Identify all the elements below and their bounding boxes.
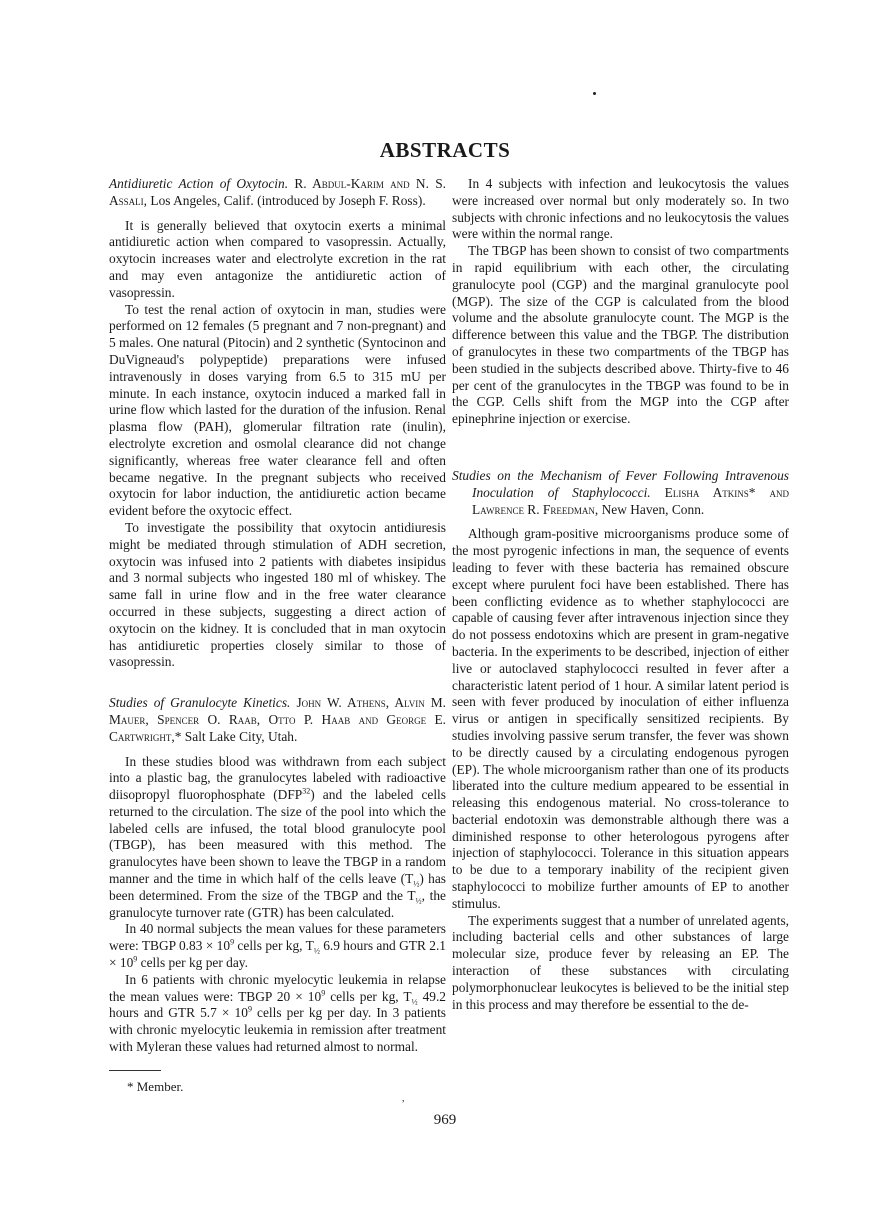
footnote: * Member.: [127, 1079, 183, 1095]
right-column: In 4 subjects with infection and leukocy…: [452, 176, 789, 1013]
abstract-2-paragraph: The TBGP has been shown to consist of tw…: [452, 243, 789, 428]
abstract-3-affiliation: New Haven, Conn.: [602, 502, 705, 517]
abstract-2-paragraph: In 40 normal subjects the mean values fo…: [109, 921, 446, 971]
abstract-2-title: Studies of Granulocyte Kinetics.: [109, 695, 290, 710]
footnote-divider: [109, 1070, 161, 1071]
abstract-2-paragraph: In these studies blood was withdrawn fro…: [109, 754, 446, 922]
abstract-2-paragraph: In 6 patients with chronic myelocytic le…: [109, 972, 446, 1056]
abstract-1-paragraph: To investigate the possibility that oxyt…: [109, 520, 446, 671]
abstract-2-heading: Studies of Granulocyte Kinetics. John W.…: [109, 695, 446, 745]
abstract-1-heading: Antidiuretic Action of Oxytocin. R. Abdu…: [109, 176, 446, 210]
page-number: 969: [0, 1112, 890, 1129]
abstract-1-affiliation: Los Angeles, Calif. (introduced by Josep…: [150, 193, 425, 208]
abstract-3-heading: Studies on the Mechanism of Fever Follow…: [452, 468, 789, 518]
abstract-1-paragraph: To test the renal action of oxytocin in …: [109, 302, 446, 520]
abstract-2-affiliation: Salt Lake City, Utah.: [185, 729, 298, 744]
left-column: Antidiuretic Action of Oxytocin. R. Abdu…: [109, 176, 446, 1056]
abstract-2-paragraph: In 4 subjects with infection and leukocy…: [452, 176, 789, 243]
print-mark: ,: [402, 1093, 405, 1104]
abstract-3-paragraph: The experiments suggest that a number of…: [452, 913, 789, 1014]
abstract-3-paragraph: Although gram-positive microorganisms pr…: [452, 526, 789, 912]
print-speck: [593, 92, 596, 95]
abstract-1-paragraph: It is generally believed that oxytocin e…: [109, 218, 446, 302]
page-title: ABSTRACTS: [0, 138, 890, 163]
abstract-1-title: Antidiuretic Action of Oxytocin.: [109, 176, 288, 191]
